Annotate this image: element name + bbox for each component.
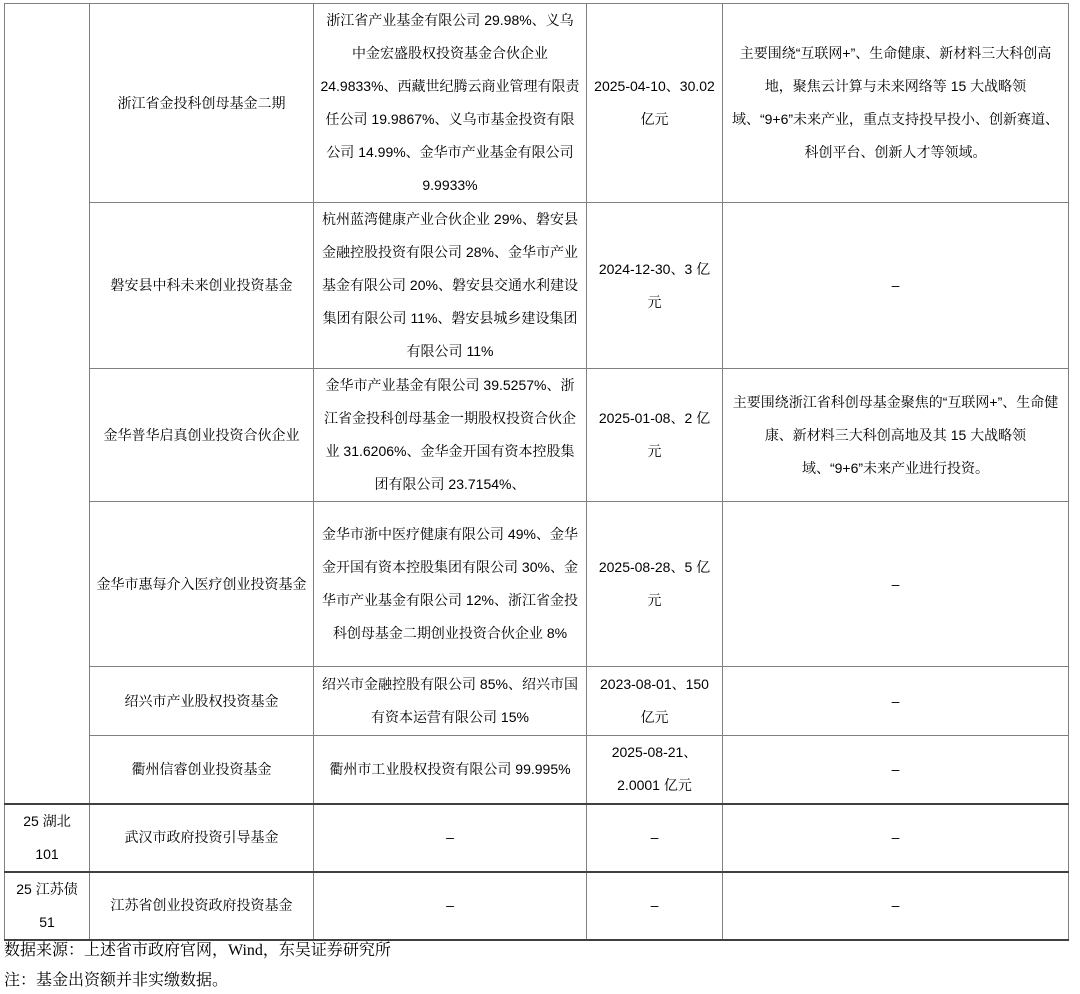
- investment-focus-cell: –: [723, 736, 1069, 804]
- bond-code-cell: [5, 4, 90, 804]
- investment-focus-cell: 主要围绕“互联网+”、生命健康、新材料三大科创高地，聚焦云计算与未来网络等 15…: [723, 4, 1069, 203]
- shareholders-cell: 金华市产业基金有限公司 39.5257%、浙江省金投科创母基金一期股权投资合伙企…: [314, 369, 587, 502]
- shareholders-cell: 浙江省产业基金有限公司 29.98%、义乌中金宏盛股权投资基金合伙企业 24.9…: [314, 4, 587, 203]
- date-amount-cell: 2025-08-21、2.0001 亿元: [587, 736, 723, 804]
- bond-code-cell: 25 湖北 101: [5, 804, 90, 872]
- fund-name-cell: 磐安县中科未来创业投资基金: [90, 203, 314, 369]
- fund-name-cell: 金华普华启真创业投资合伙企业: [90, 369, 314, 502]
- document-page: 浙江省金投科创母基金二期 浙江省产业基金有限公司 29.98%、义乌中金宏盛股权…: [0, 0, 1080, 994]
- date-amount-cell: 2025-08-28、5 亿元: [587, 502, 723, 667]
- investment-focus-cell: –: [723, 203, 1069, 369]
- shareholders-cell: 衢州市工业股权投资有限公司 99.995%: [314, 736, 587, 804]
- fund-name-cell: 浙江省金投科创母基金二期: [90, 4, 314, 203]
- table-row: 衢州信睿创业投资基金 衢州市工业股权投资有限公司 99.995% 2025-08…: [5, 736, 1069, 804]
- shareholders-cell: 绍兴市金融控股有限公司 85%、绍兴市国有资本运营有限公司 15%: [314, 667, 587, 736]
- date-amount-cell: 2025-04-10、30.02 亿元: [587, 4, 723, 203]
- fund-info-table: 浙江省金投科创母基金二期 浙江省产业基金有限公司 29.98%、义乌中金宏盛股权…: [4, 3, 1069, 941]
- date-amount-cell: 2023-08-01、150 亿元: [587, 667, 723, 736]
- fund-name-cell: 武汉市政府投资引导基金: [90, 804, 314, 872]
- fund-name-cell: 绍兴市产业股权投资基金: [90, 667, 314, 736]
- fund-name-cell: 金华市惠每介入医疗创业投资基金: [90, 502, 314, 667]
- table-footer: 数据来源：上述省市政府官网，Wind，东吴证券研究所 注：基金出资额并非实缴数据…: [4, 936, 391, 994]
- table-row: 浙江省金投科创母基金二期 浙江省产业基金有限公司 29.98%、义乌中金宏盛股权…: [5, 4, 1069, 203]
- remark-note: 注：基金出资额并非实缴数据。: [4, 966, 391, 994]
- bond-code-cell: 25 江苏债 51: [5, 872, 90, 940]
- investment-focus-cell: –: [723, 804, 1069, 872]
- date-amount-cell: 2024-12-30、3 亿元: [587, 203, 723, 369]
- fund-name-cell: 江苏省创业投资政府投资基金: [90, 872, 314, 940]
- table-row: 磐安县中科未来创业投资基金 杭州蓝湾健康产业合伙企业 29%、磐安县金融控股投资…: [5, 203, 1069, 369]
- table-row: 绍兴市产业股权投资基金 绍兴市金融控股有限公司 85%、绍兴市国有资本运营有限公…: [5, 667, 1069, 736]
- investment-focus-cell: 主要围绕浙江省科创母基金聚焦的“互联网+”、生命健康、新材料三大科创高地及其 1…: [723, 369, 1069, 502]
- date-amount-cell: –: [587, 804, 723, 872]
- fund-name-cell: 衢州信睿创业投资基金: [90, 736, 314, 804]
- investment-focus-cell: –: [723, 667, 1069, 736]
- shareholders-cell: –: [314, 804, 587, 872]
- shareholders-cell: –: [314, 872, 587, 940]
- table-row: 25 湖北 101 武汉市政府投资引导基金 – – –: [5, 804, 1069, 872]
- table-row: 金华普华启真创业投资合伙企业 金华市产业基金有限公司 39.5257%、浙江省金…: [5, 369, 1069, 502]
- shareholders-cell: 金华市浙中医疗健康有限公司 49%、金华金开国有资本控股集团有限公司 30%、金…: [314, 502, 587, 667]
- shareholders-cell: 杭州蓝湾健康产业合伙企业 29%、磐安县金融控股投资有限公司 28%、金华市产业…: [314, 203, 587, 369]
- date-amount-cell: 2025-01-08、2 亿元: [587, 369, 723, 502]
- table-row: 25 江苏债 51 江苏省创业投资政府投资基金 – – –: [5, 872, 1069, 940]
- table-row: 金华市惠每介入医疗创业投资基金 金华市浙中医疗健康有限公司 49%、金华金开国有…: [5, 502, 1069, 667]
- investment-focus-cell: –: [723, 502, 1069, 667]
- data-source-note: 数据来源：上述省市政府官网，Wind，东吴证券研究所: [4, 936, 391, 966]
- date-amount-cell: –: [587, 872, 723, 940]
- investment-focus-cell: –: [723, 872, 1069, 940]
